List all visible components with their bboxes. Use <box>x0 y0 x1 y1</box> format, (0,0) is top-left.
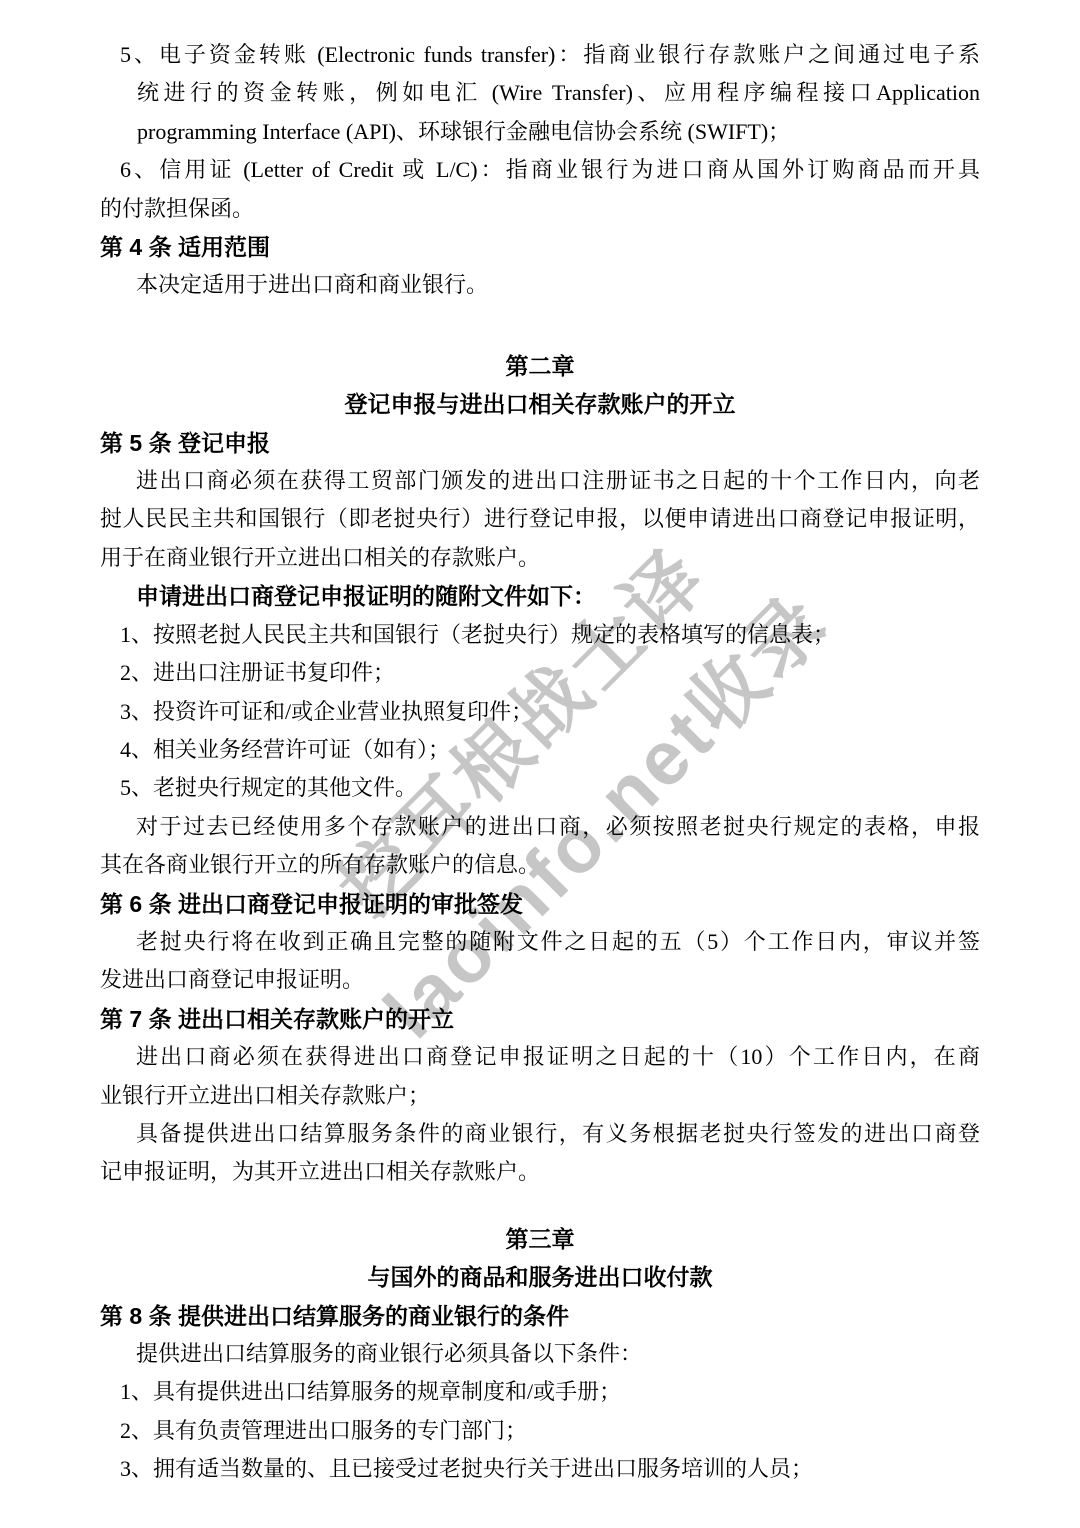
paragraph-line: 老挝央行将在收到正确且完整的随附文件之日起的五（5）个工作日内，审议并签 <box>136 923 980 961</box>
chapter-heading: 登记申报与进出口相关存款账户的开立 <box>100 385 980 423</box>
bold-lead-line: 申请进出口商登记申报证明的随附文件如下： <box>136 577 980 615</box>
paragraph-line: 其在各商业银行开立的所有存款账户的信息。 <box>100 846 980 884</box>
list-item-line: 5、老挝央行规定的其他文件。 <box>120 769 980 807</box>
paragraph-line: 进出口商必须在获得工贸部门颁发的进出口注册证书之日起的十个工作日内，向老 <box>136 462 980 500</box>
list-item-line: 1、具有提供进出口结算服务的规章制度和/或手册； <box>120 1373 980 1411</box>
list-item-line: 4、相关业务经营许可证（如有）； <box>120 731 980 769</box>
article-heading: 第 6 条 进出口商登记申报证明的审批签发 <box>100 885 980 923</box>
paragraph-line: 的付款担保函。 <box>100 190 980 228</box>
paragraph-line: 对于过去已经使用多个存款账户的进出口商，必须按照老挝央行规定的表格，申报 <box>136 808 980 846</box>
list-item-line: 1、按照老挝人民民主共和国银行（老挝央行）规定的表格填写的信息表； <box>120 616 980 654</box>
paragraph-line: 用于在商业银行开立进出口相关的存款账户。 <box>100 539 980 577</box>
list-item-line: 3、拥有适当数量的、且已接受过老挝央行关于进出口服务培训的人员； <box>120 1450 980 1488</box>
paragraph-line: 发进出口商登记申报证明。 <box>100 961 980 999</box>
paragraph-line: 挝人民民主共和国银行（即老挝央行）进行登记申报，以便申请进出口商登记申报证明， <box>100 500 980 538</box>
document-body: 5、电子资金转账 (Electronic funds transfer)：指商业… <box>0 0 1080 1489</box>
article-heading: 第 4 条 适用范围 <box>100 228 980 266</box>
list-item-line: 6、信用证 (Letter of Credit 或 L/C)：指商业银行为进口商… <box>120 151 980 189</box>
document-page: 挖耳根战士译 laoinfo.net收录 5、电子资金转账 (Electroni… <box>0 0 1080 1528</box>
spacer <box>100 1192 980 1220</box>
list-item-line: 3、投资许可证和/或企业营业执照复印件； <box>120 693 980 731</box>
list-item-line: 5、电子资金转账 (Electronic funds transfer)：指商业… <box>120 36 980 74</box>
paragraph-line: 进出口商必须在获得进出口商登记申报证明之日起的十（10）个工作日内，在商 <box>136 1038 980 1076</box>
article-heading: 第 5 条 登记申报 <box>100 424 980 462</box>
spacer <box>100 305 980 347</box>
paragraph-line: 业银行开立进出口相关存款账户； <box>100 1077 980 1115</box>
paragraph-line: 本决定适用于进出口商和商业银行。 <box>136 266 980 304</box>
chapter-heading: 第三章 <box>100 1220 980 1258</box>
chapter-heading: 第二章 <box>100 347 980 385</box>
list-item-wrap-line: programming Interface (API)、环球银行金融电信协会系统… <box>137 113 980 151</box>
chapter-heading: 与国外的商品和服务进出口收付款 <box>100 1258 980 1296</box>
list-item-line: 2、具有负责管理进出口服务的专门部门； <box>120 1412 980 1450</box>
article-heading: 第 8 条 提供进出口结算服务的商业银行的条件 <box>100 1297 980 1335</box>
paragraph-line: 提供进出口结算服务的商业银行必须具备以下条件： <box>136 1335 980 1373</box>
list-item-line: 2、进出口注册证书复印件； <box>120 654 980 692</box>
article-heading: 第 7 条 进出口相关存款账户的开立 <box>100 1000 980 1038</box>
paragraph-line: 具备提供进出口结算服务条件的商业银行，有义务根据老挝央行签发的进出口商登 <box>136 1115 980 1153</box>
list-item-wrap-line: 统进行的资金转账，例如电汇 (Wire Transfer)、应用程序编程接口Ap… <box>137 74 980 112</box>
paragraph-line: 记申报证明，为其开立进出口相关存款账户。 <box>100 1153 980 1191</box>
